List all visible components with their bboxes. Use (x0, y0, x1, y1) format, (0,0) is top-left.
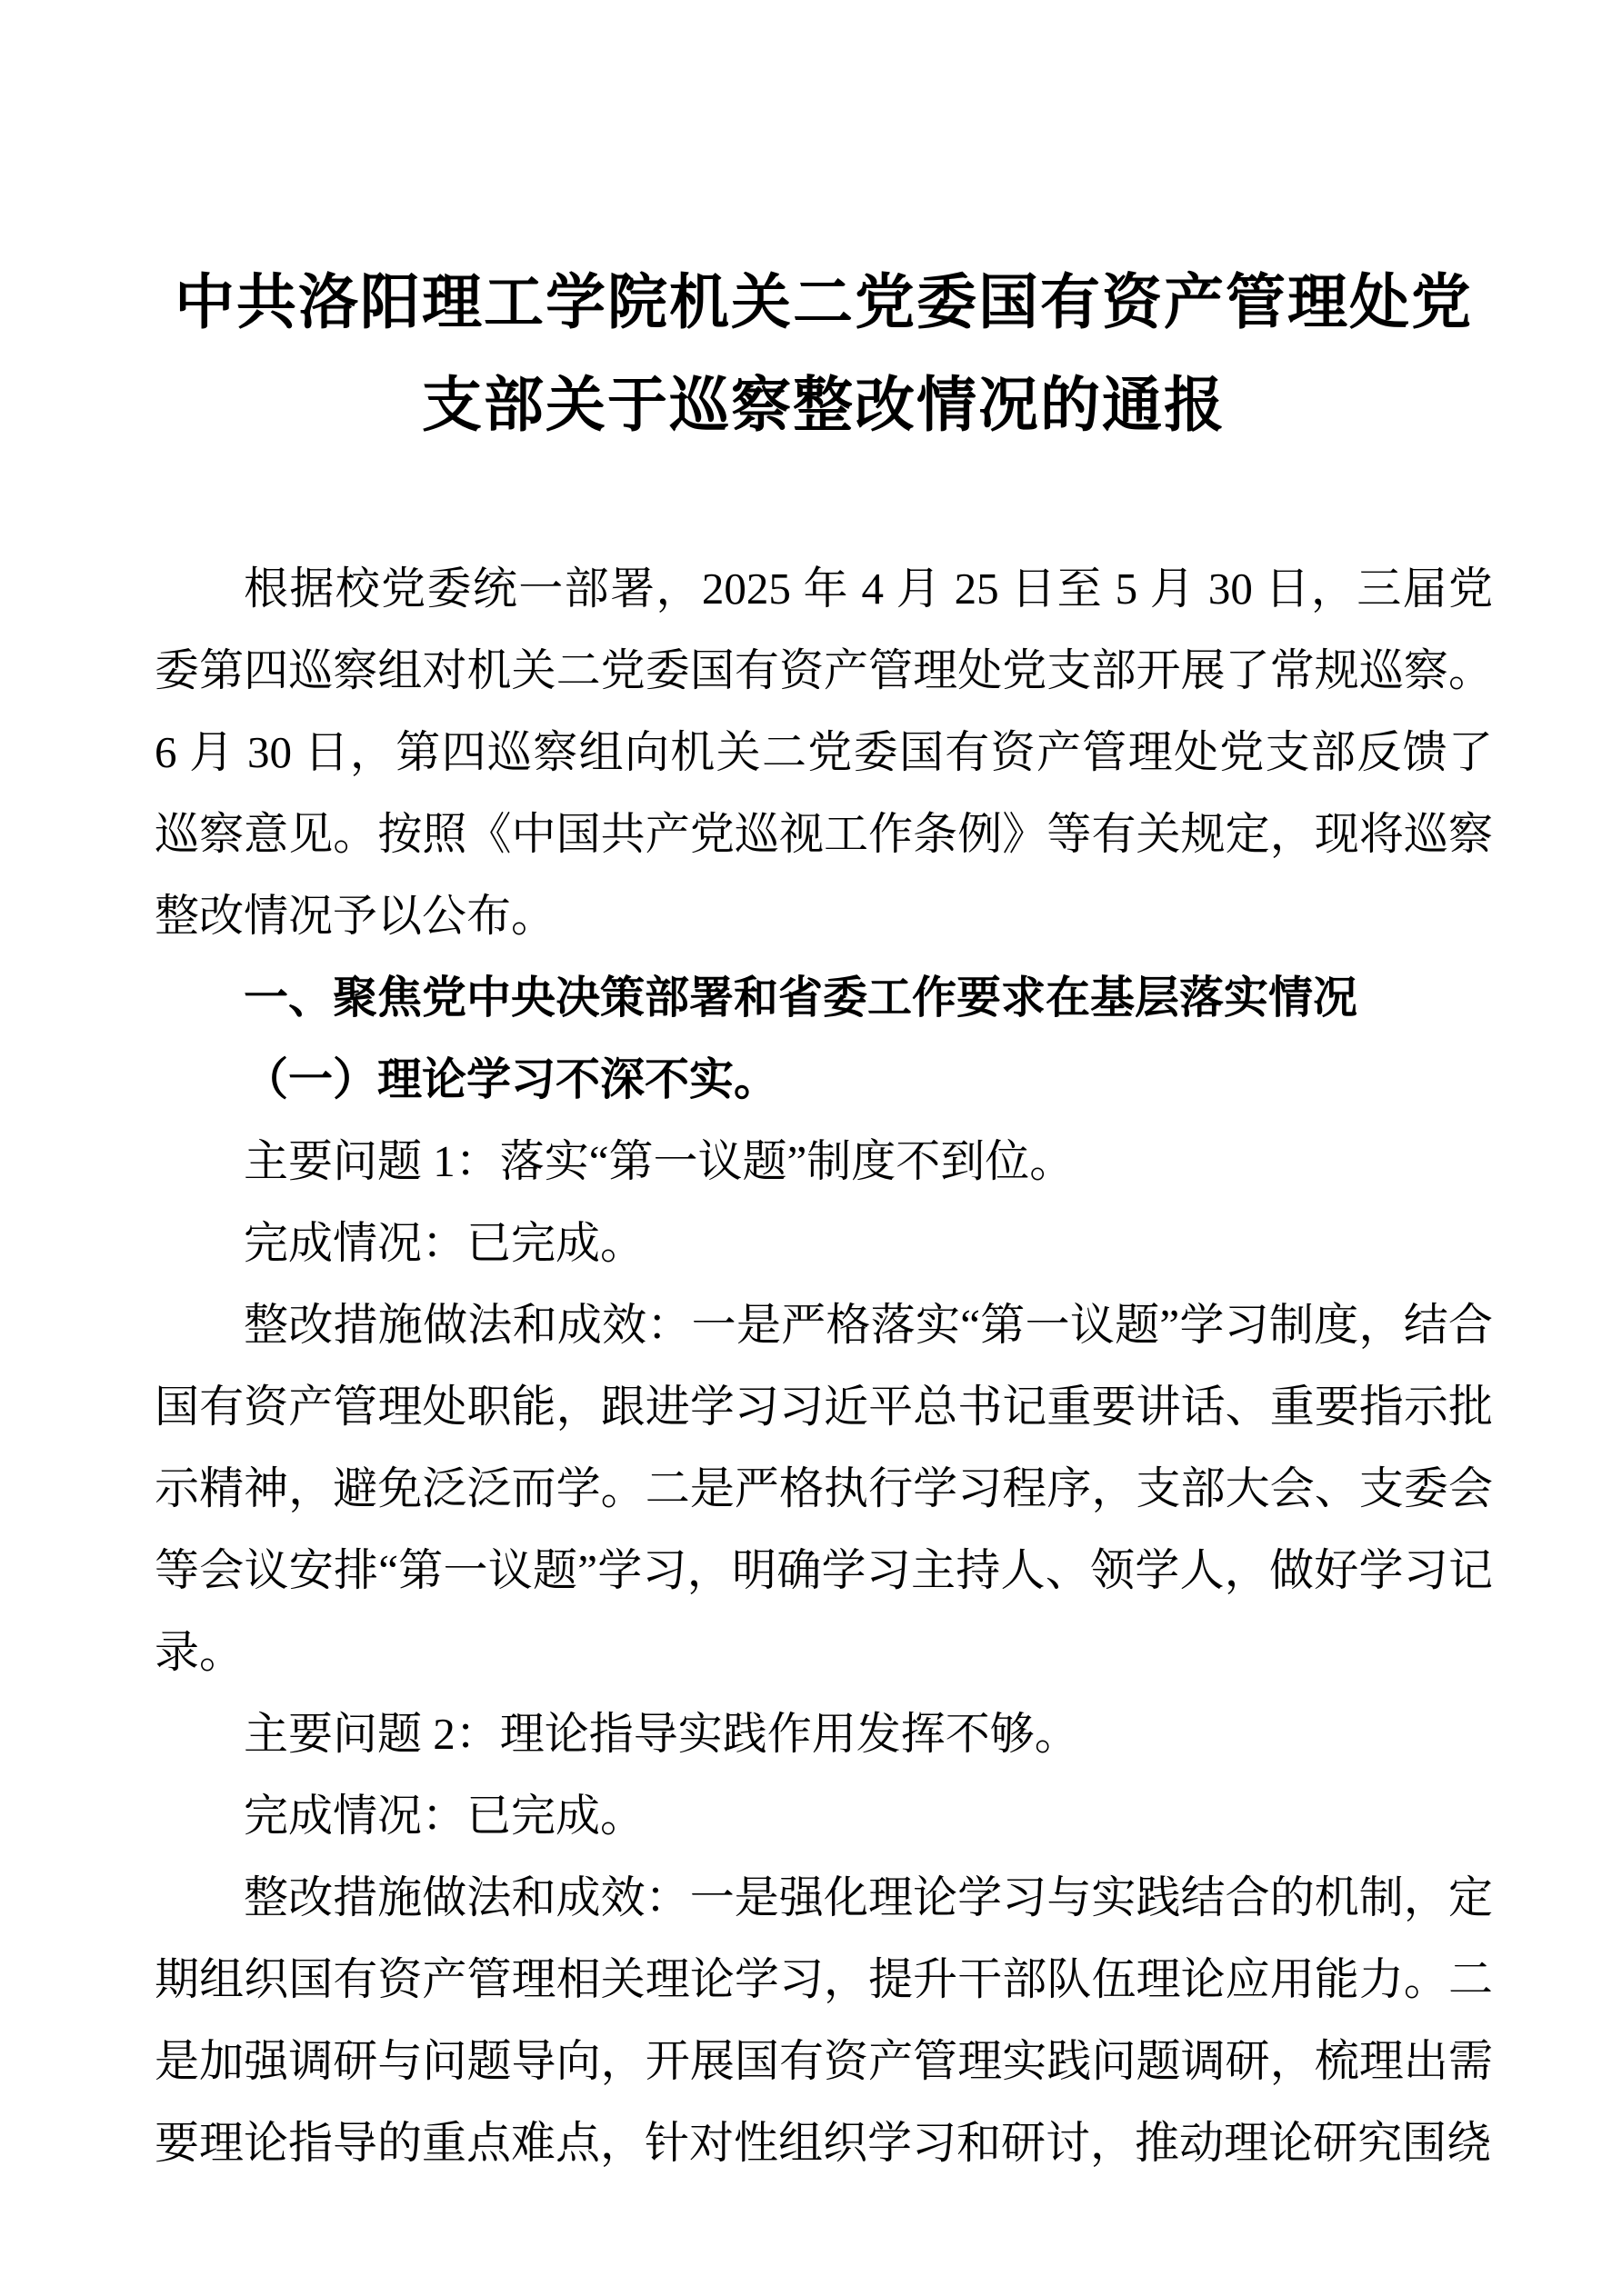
document-body: 根据校党委统一部署，2025 年 4 月 25 日至 5 月 30 日，三届党委… (155, 548, 1493, 2184)
paragraph: 主要问题 2：理论指导实践作用发挥不够。 (155, 1693, 1493, 1775)
paragraph: 完成情况：已完成。 (155, 1775, 1493, 1857)
document-content: 中共洛阳理工学院机关二党委国有资产管理处党支部关于巡察整改情况的通报 根据校党委… (155, 252, 1493, 2184)
heading2: （一）理论学习不深不实。 (155, 1039, 1493, 1121)
document-page: 目 人 中共洛阳理工学院机关二党委国有资产管理处党支部关于巡察整改情况的通报 根… (0, 0, 1622, 2296)
paragraph: 主要问题 1：落实“第一议题”制度不到位。 (155, 1121, 1493, 1203)
paragraph: 整改措施做法和成效：一是强化理论学习与实践结合的机制，定期组织国有资产管理相关理… (155, 1857, 1493, 2184)
paragraph: 整改措施做法和成效：一是严格落实“第一议题”学习制度，结合国有资产管理处职能，跟… (155, 1284, 1493, 1693)
heading1: 一、聚焦党中央决策部署和省委工作要求在基层落实情况 (155, 957, 1493, 1039)
document-title: 中共洛阳理工学院机关二党委国有资产管理处党支部关于巡察整改情况的通报 (155, 252, 1493, 457)
paragraph: 完成情况：已完成。 (155, 1203, 1493, 1284)
paragraph: 根据校党委统一部署，2025 年 4 月 25 日至 5 月 30 日，三届党委… (155, 548, 1493, 957)
red-watermark-fragment-1: 目 (0, 0, 7, 35)
